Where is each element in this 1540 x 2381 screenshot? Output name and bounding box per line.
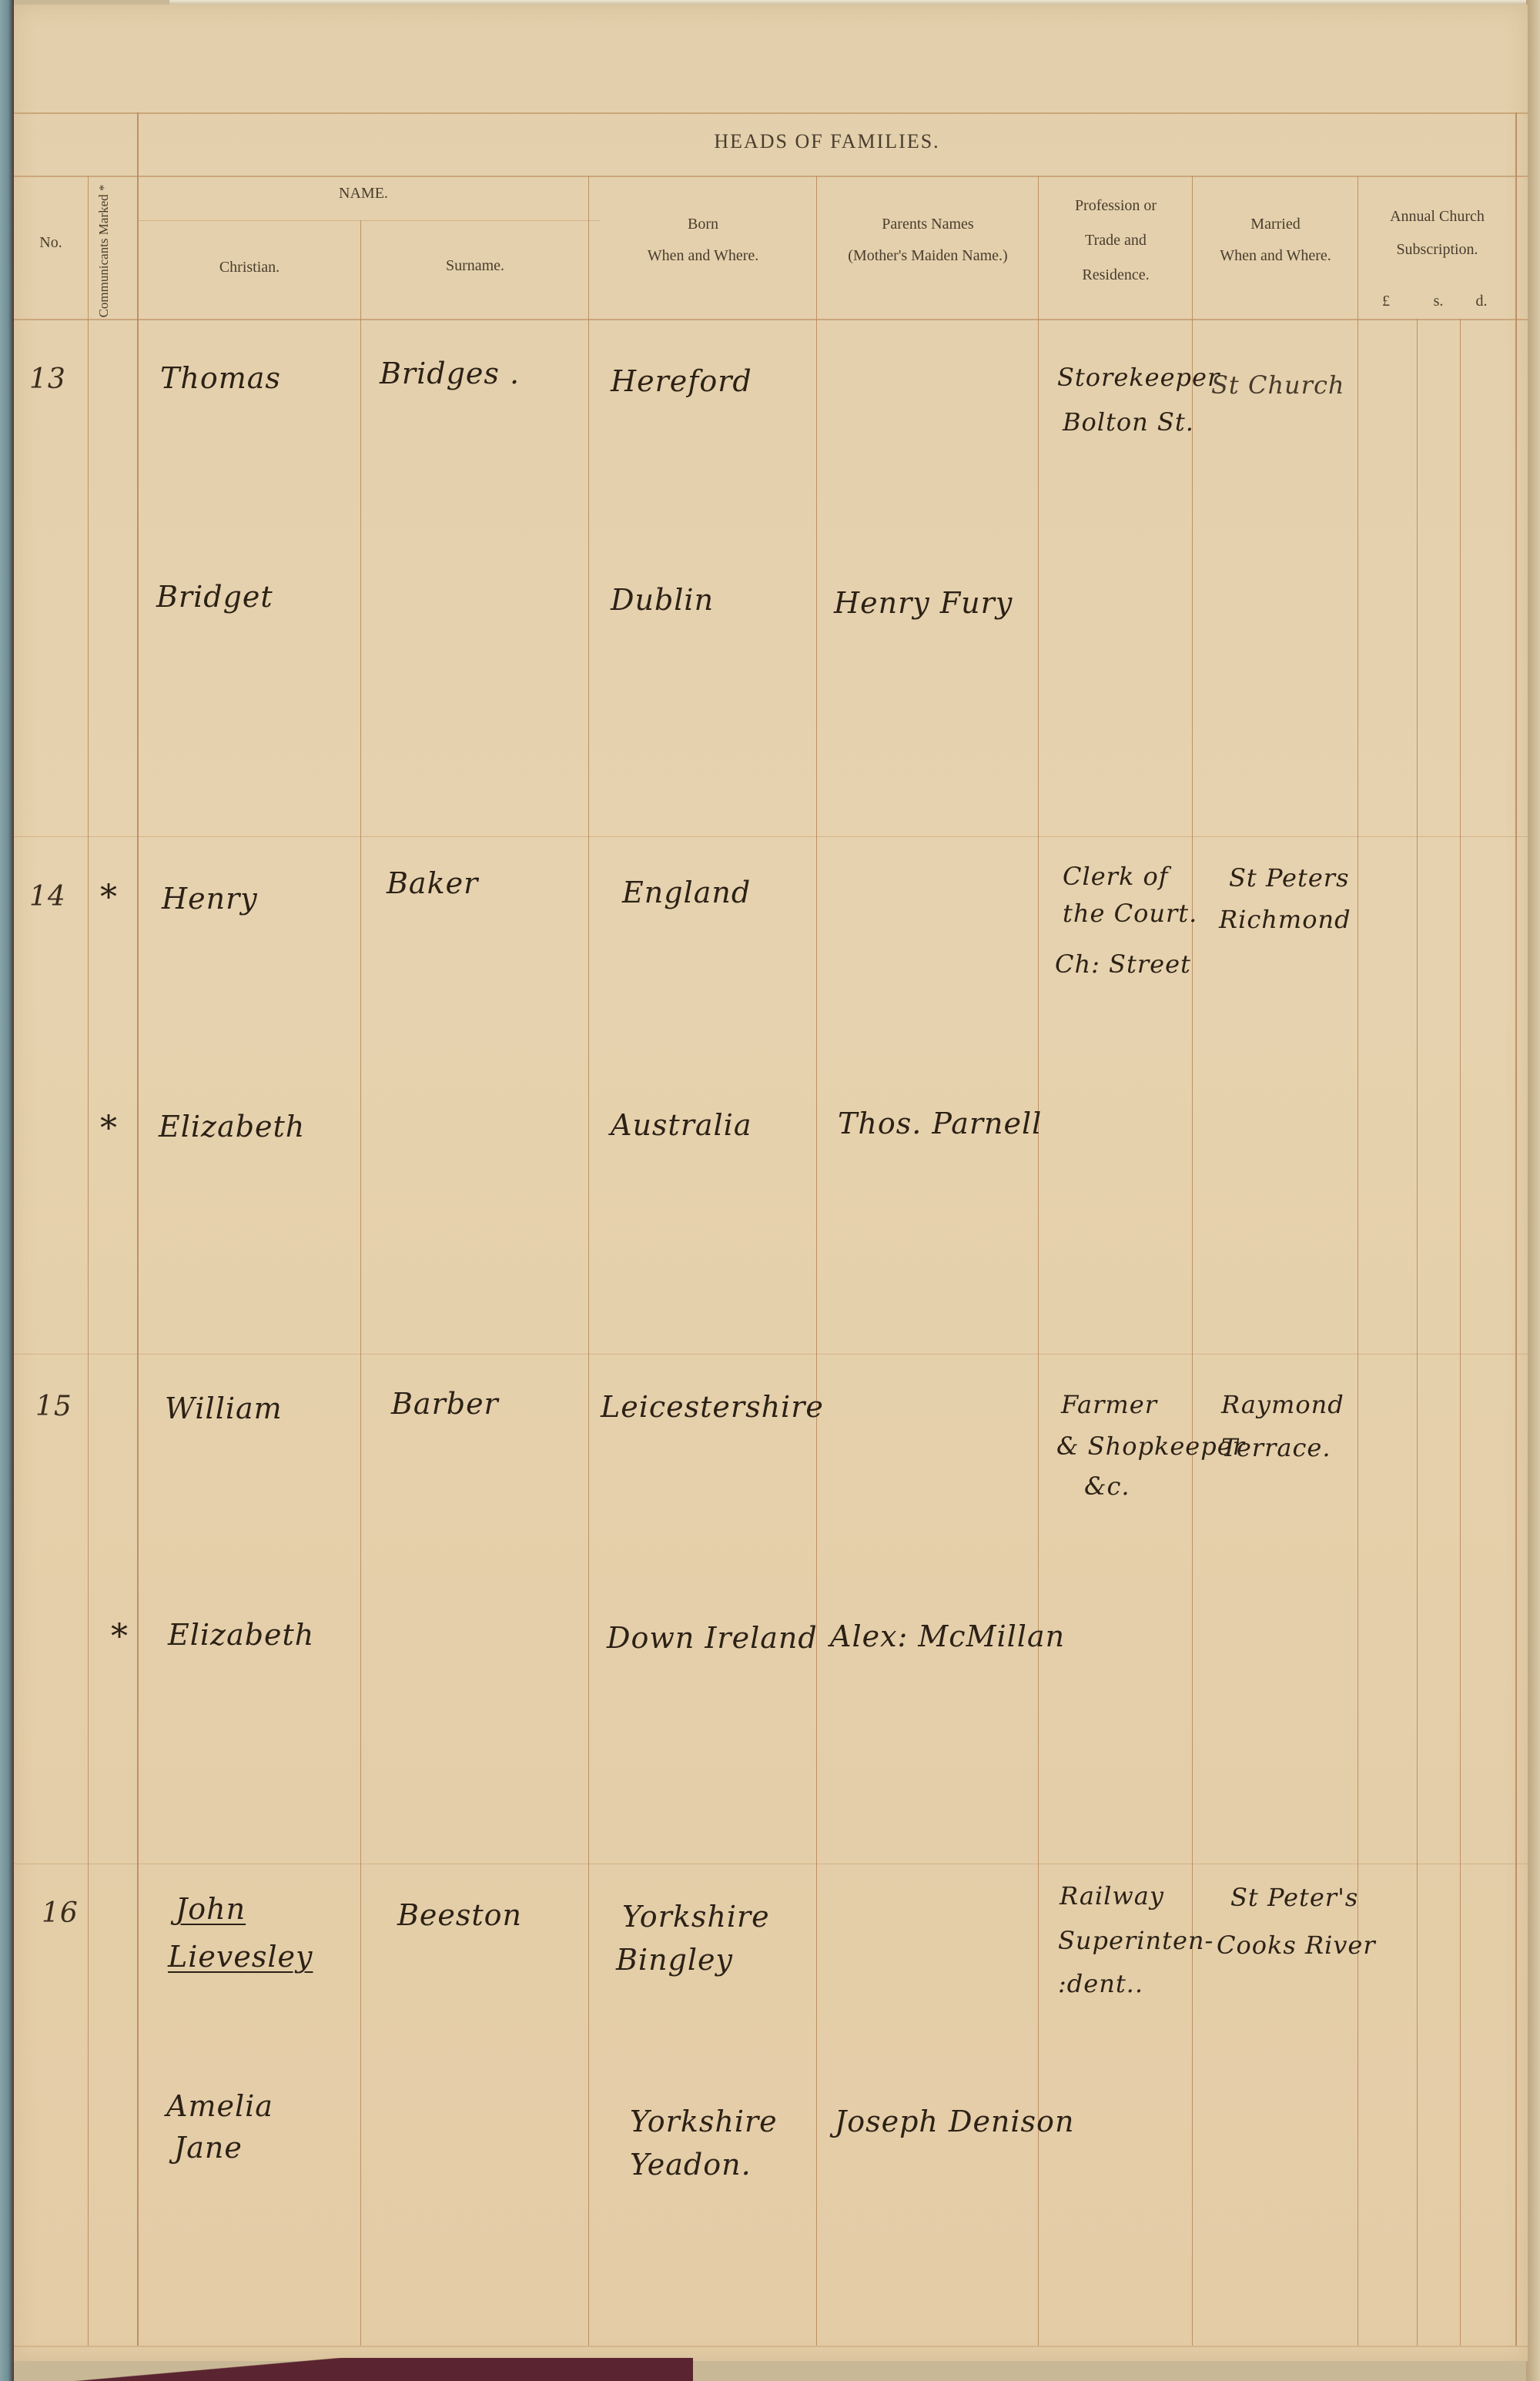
head-christian-name: Henry: [162, 881, 258, 918]
head-profession-line-2: the Court.: [1063, 898, 1197, 929]
book-binding-bottom: [0, 2358, 693, 2381]
col-divider-shillings: [1460, 319, 1461, 2346]
col-divider-right: [1515, 112, 1517, 2346]
rule-family-14: [14, 836, 1528, 837]
head-profession-line-1: Railway: [1060, 1880, 1164, 1911]
col-divider-born: [816, 176, 817, 2346]
wife-christian-name: Bridget: [156, 579, 273, 616]
wife-born-line-1: Yorkshire: [630, 2104, 778, 2141]
wife-christian-name: Elizabeth: [159, 1109, 305, 1146]
col-divider-profession: [1192, 176, 1193, 2346]
register-title: HEADS OF FAMILIES.: [139, 128, 1515, 155]
wife-born-line-2: Yeadon.: [630, 2147, 752, 2184]
wife-parents: Alex: McMillan: [830, 1619, 1065, 1656]
head-surname: Baker: [387, 866, 478, 903]
head-profession-line-2: Superinten-: [1058, 1925, 1214, 1956]
head-married-line-2: Cooks River: [1217, 1930, 1376, 1961]
head-born: England: [622, 875, 751, 912]
head-surname: Barber: [391, 1386, 499, 1423]
head-profession-line-3: Ch: Street: [1055, 949, 1191, 980]
head-born-line-1: Yorkshire: [622, 1899, 770, 1936]
col-divider-parents: [1038, 176, 1039, 2346]
head-born: Hereford: [611, 363, 752, 400]
rule-title-bottom: [14, 176, 1528, 177]
head-married-line-1: Raymond: [1221, 1389, 1344, 1420]
wife-parents: Henry Fury: [834, 585, 1013, 622]
head-christian-name-line-1: John: [176, 1891, 246, 1928]
head-profession-line-1: Clerk of: [1063, 861, 1169, 892]
family-number: 16: [42, 1896, 79, 1931]
head-profession-line-3: :dent..: [1058, 1968, 1143, 1999]
head-profession-line-1: Storekeeper: [1057, 362, 1220, 393]
rule-top: [14, 112, 1528, 114]
head-married-line-1: St Peter's: [1230, 1882, 1358, 1913]
header-christian: Christian.: [139, 257, 360, 278]
header-subscription: Annual Church Subscription.: [1359, 206, 1515, 260]
rule-bottom: [14, 2346, 1528, 2347]
wife-christian-name: Elizabeth: [168, 1617, 314, 1654]
wife-born: Australia: [611, 1107, 752, 1144]
head-christian-name: Thomas: [160, 360, 281, 397]
col-divider-communicants: [137, 112, 139, 2346]
wife-communicant-mark: *: [111, 1616, 129, 1658]
col-divider-christian: [360, 220, 361, 2346]
wife-parents: Thos. Parnell: [838, 1106, 1042, 1143]
head-born: Leicestershire: [601, 1389, 824, 1426]
header-married: Married When and Where.: [1193, 214, 1358, 266]
header-name-group: NAME.: [139, 183, 588, 204]
wife-christian-name-line-2: Jane: [174, 2130, 243, 2167]
header-pence: d.: [1466, 291, 1497, 312]
page-edge-right: [1526, 0, 1540, 2381]
family-number: 14: [29, 879, 66, 914]
rule-header-bottom: [14, 319, 1528, 320]
rule-family-16: [14, 1864, 1528, 1864]
head-profession-line-1: Farmer: [1061, 1389, 1157, 1420]
wife-born: Dublin: [611, 582, 714, 619]
head-surname: Bridges .: [380, 356, 520, 393]
header-shillings: s.: [1423, 291, 1454, 312]
header-born: Born When and Where.: [590, 214, 816, 266]
head-married-line-2: Terrace.: [1221, 1432, 1331, 1463]
header-communicants: Communicants Marked *: [97, 174, 128, 328]
col-divider-no: [88, 176, 89, 2346]
head-married: St Church: [1211, 370, 1344, 400]
wife-parents: Joseph Denison: [835, 2104, 1074, 2141]
head-married-line-1: St Peters: [1229, 862, 1350, 893]
book-binding-left: [0, 0, 14, 2381]
header-surname: Surname.: [362, 256, 588, 276]
col-divider-pounds: [1417, 319, 1418, 2346]
register-page: HEADS OF FAMILIES. No. Communicants Mark…: [14, 5, 1528, 2361]
family-number: 13: [29, 362, 66, 397]
wife-communicant-mark: *: [100, 1107, 118, 1150]
col-divider-surname: [588, 176, 589, 2346]
head-communicant-mark: *: [100, 876, 118, 919]
header-pounds: £: [1371, 291, 1401, 312]
rule-name-group: [139, 220, 601, 221]
head-profession-line-2: Bolton St.: [1063, 407, 1194, 437]
head-christian-name: William: [165, 1391, 283, 1428]
header-parents: Parents Names (Mother's Maiden Name.): [818, 214, 1038, 266]
header-profession: Profession or Trade and Residence.: [1039, 196, 1192, 286]
header-no: No.: [14, 233, 88, 253]
head-married-line-2: Richmond: [1219, 904, 1351, 935]
head-profession-line-2: & Shopkeeper: [1056, 1431, 1245, 1462]
wife-born: Down Ireland: [607, 1620, 818, 1657]
head-born-line-2: Bingley: [616, 1942, 733, 1979]
head-christian-name-line-2: Lievesley: [168, 1939, 313, 1976]
head-profession-line-3: &c.: [1084, 1471, 1130, 1502]
family-number: 15: [35, 1389, 72, 1424]
col-divider-married: [1358, 176, 1358, 2346]
rule-family-15: [14, 1354, 1528, 1355]
wife-christian-name-line-1: Amelia: [166, 2088, 273, 2125]
head-surname: Beeston: [397, 1897, 522, 1934]
